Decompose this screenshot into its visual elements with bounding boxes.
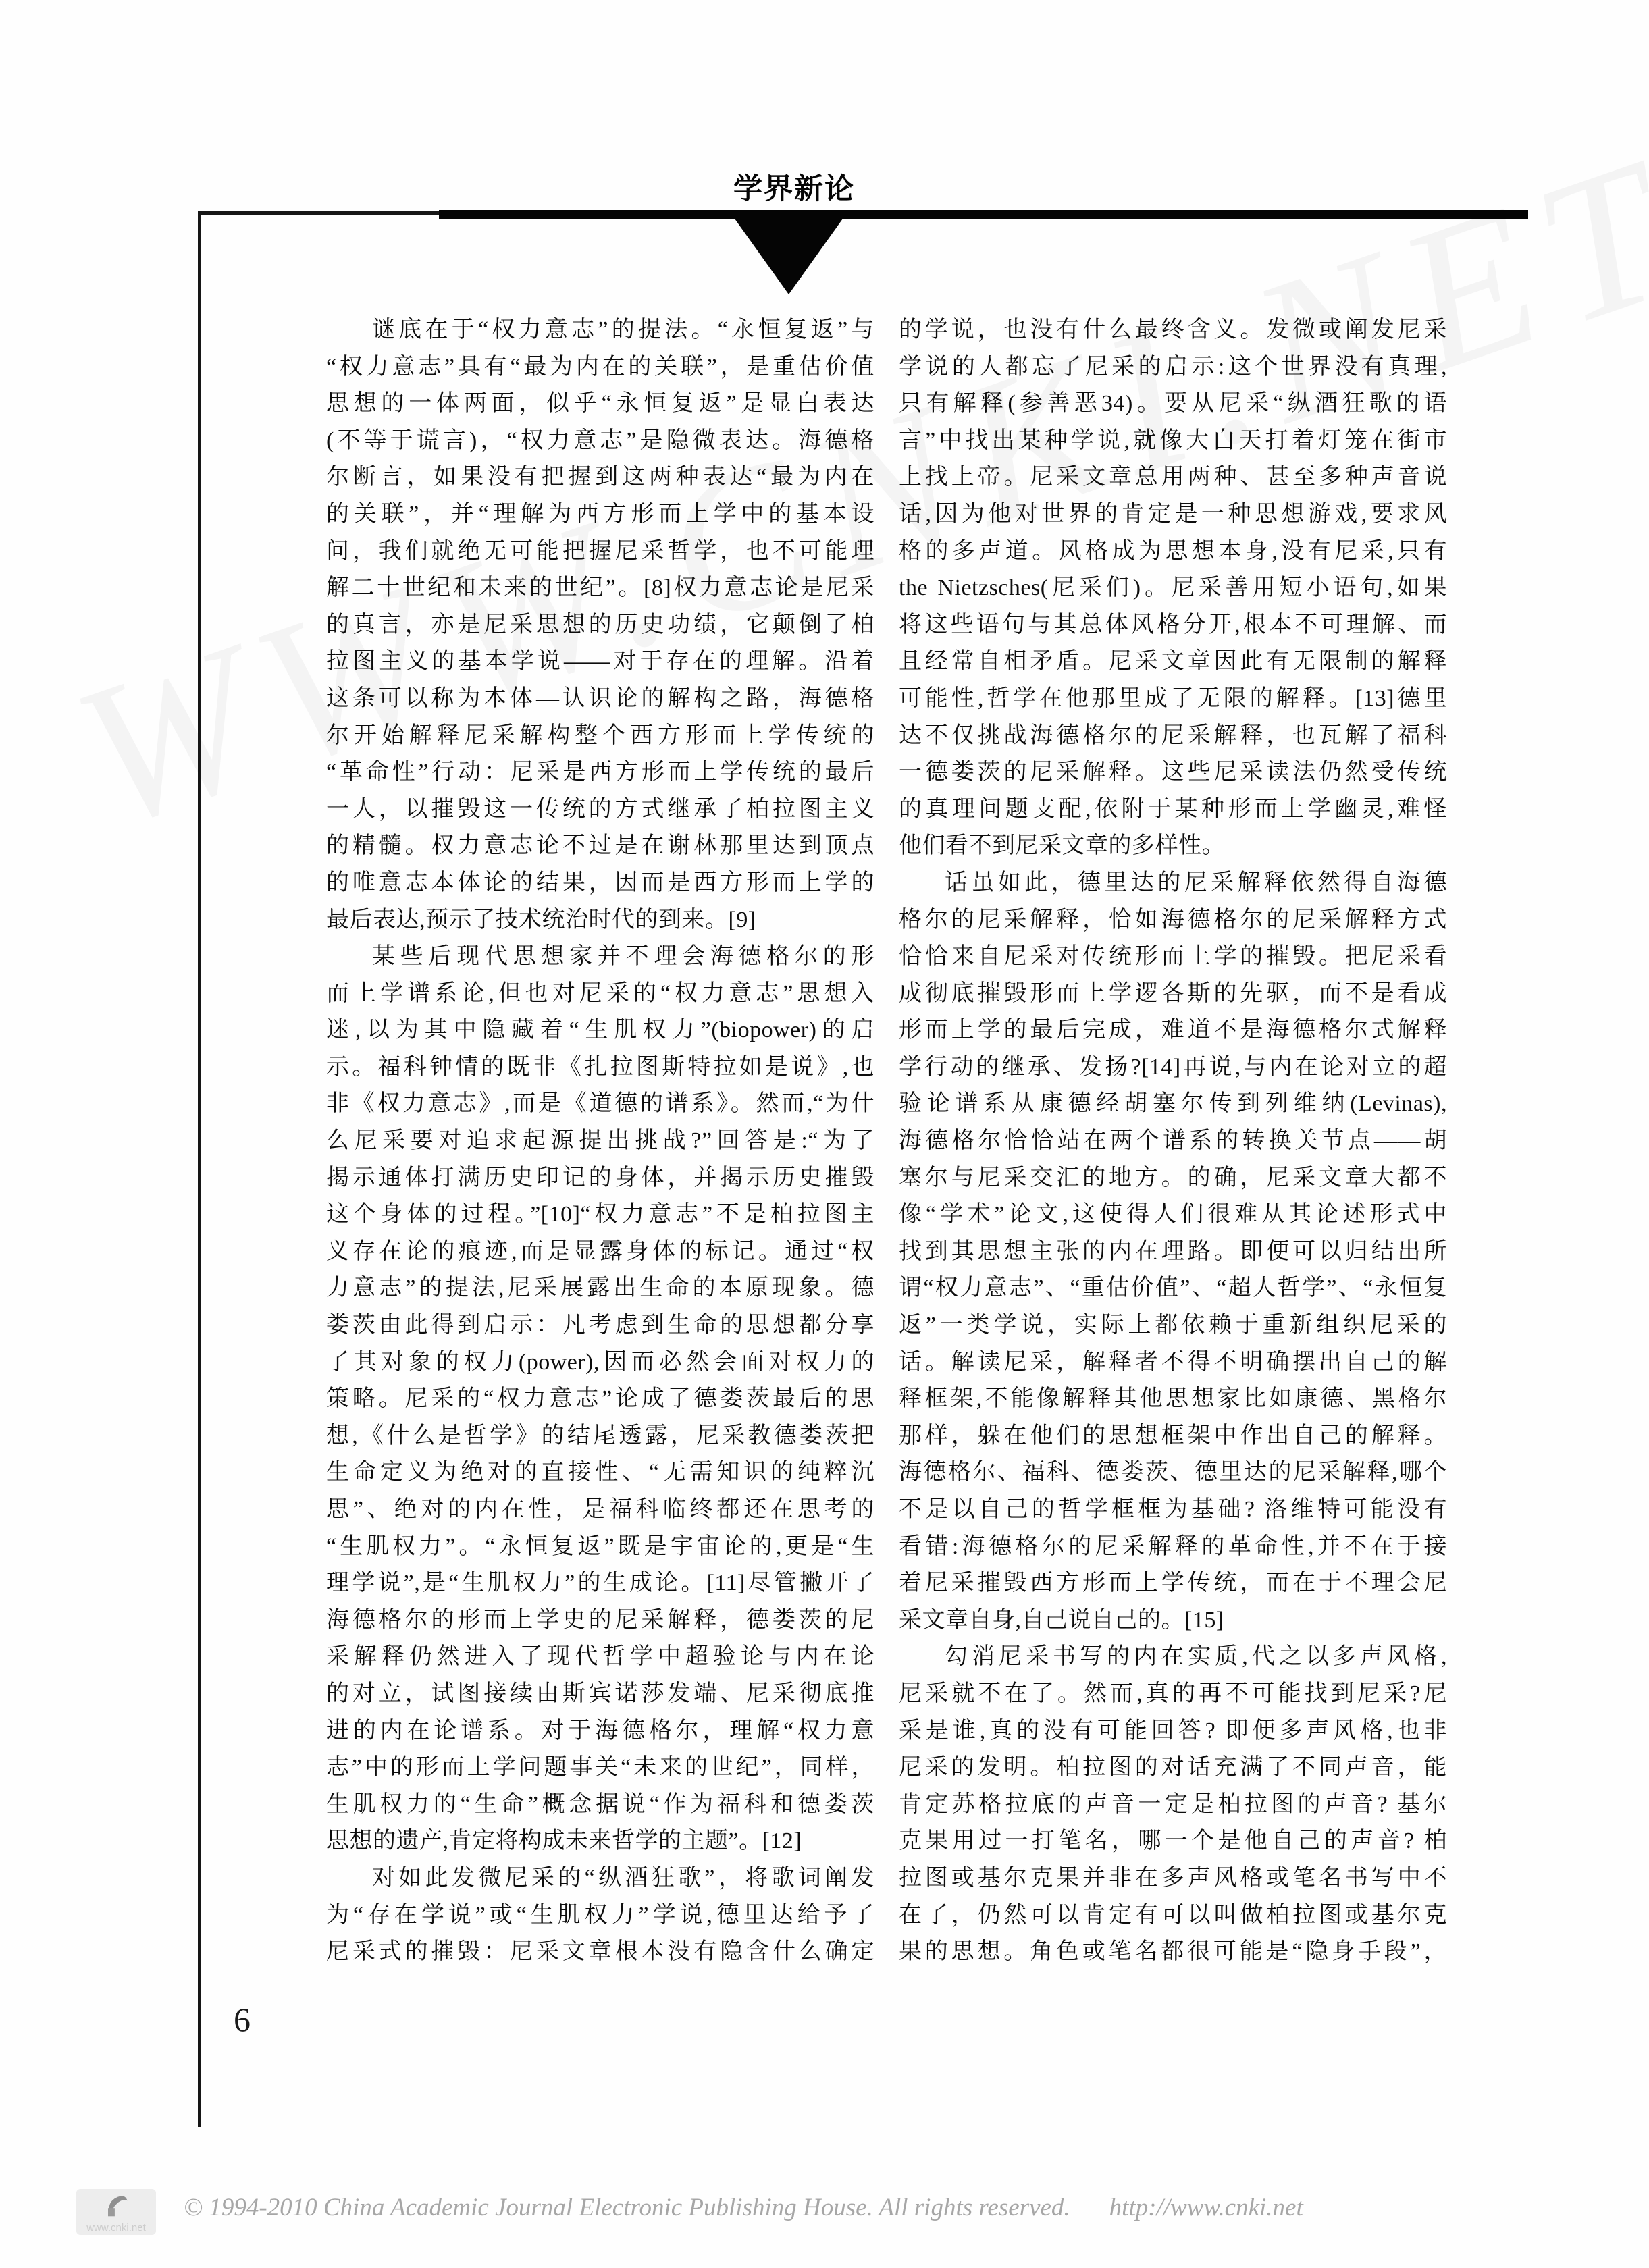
text-line: 海德格尔的形而上学史的尼采解释，德娄茨的尼 (326, 1602, 874, 1639)
text-line: 克果用过一打笔名，哪一个是他自己的声音? 柏 (899, 1823, 1447, 1860)
text-line: 而上学谱系论,但也对尼采的“权力意志”思想入 (326, 976, 874, 1013)
text-line: 生肌权力的“生命”概念据说“作为福科和德娄茨 (326, 1787, 874, 1824)
text-line: 对如此发微尼采的“纵酒狂歌”，将歌词阐发 (326, 1860, 874, 1897)
text-line: 不是以自己的哲学框框为基础? 洛维特可能没有 (899, 1492, 1447, 1529)
text-line: 形而上学的最后完成，难道不是海德格尔式解释 (899, 1012, 1447, 1049)
text-line: 恰恰来自尼采对传统形而上学的摧毁。把尼采看 (899, 939, 1447, 976)
text-line: 返”一类学说，实际上都依赖于重新组织尼采的 (899, 1307, 1447, 1344)
text-line: 言”中找出某种学说,就像大白天打着灯笼在街市 (899, 423, 1447, 460)
cnki-logo-caption: www.cnki.net (76, 2222, 156, 2234)
text-line: “生肌权力”。“永恒复返”既是宇宙论的,更是“生 (326, 1529, 874, 1566)
text-line: 拉图主义的基本学说——对于存在的理解。沿着 (326, 643, 874, 681)
text-line: (不等于谎言)，“权力意志”是隐微表达。海德格 (326, 423, 874, 460)
text-line: 生命定义为绝对的直接性、“无需知识的纯粹沉 (326, 1454, 874, 1492)
text-line: 勾消尼采书写的内在实质,代之以多声风格, (899, 1639, 1447, 1676)
text-line: 学行动的继承、发扬?[14]再说,与内在论对立的超 (899, 1049, 1447, 1086)
text-line: 塞尔与尼采交汇的地方。的确，尼采文章大都不 (899, 1160, 1447, 1197)
text-line: 话虽如此，德里达的尼采解释依然得自海德 (899, 865, 1447, 902)
text-line: 肯定苏格拉底的声音一定是柏拉图的声音? 基尔 (899, 1787, 1447, 1824)
text-line: 像“学术”论文,这使得人们很难从其论述形式中 (899, 1196, 1447, 1234)
text-line: “革命性”行动：尼采是西方形而上学传统的最后 (326, 754, 874, 791)
text-line: 释框架,不能像解释其他思想家比如康德、黑格尔 (899, 1381, 1447, 1418)
text-line: 解二十世纪和未来的世纪”。[8]权力意志论是尼采 (326, 570, 874, 607)
text-line: 某些后现代思想家并不理会海德格尔的形 (326, 939, 874, 976)
text-line: 尔开始解释尼采解构整个西方形而上学传统的 (326, 718, 874, 755)
text-line: 成彻底摧毁形而上学逻各斯的先驱，而不是看成 (899, 976, 1447, 1013)
text-line: 采解释仍然进入了现代哲学中超验论与内在论 (326, 1639, 874, 1676)
text-line: 且经常自相矛盾。尼采文章因此有无限制的解释 (899, 643, 1447, 681)
left-margin-rule (198, 211, 201, 2127)
text-line: 这条可以称为本体—认识论的解构之路，海德格 (326, 681, 874, 718)
text-line: 的唯意志本体论的结果，因而是西方形而上学的 (326, 865, 874, 902)
section-header: 学界新论 (733, 166, 855, 201)
text-line: 格尔的尼采解释，恰如海德格尔的尼采解释方式 (899, 902, 1447, 939)
text-line: 示。福科钟情的既非《扎拉图斯特拉如是说》,也 (326, 1049, 874, 1086)
text-line: 在了，仍然可以肯定有可以叫做柏拉图或基尔克 (899, 1897, 1447, 1934)
text-line: 尔断言，如果没有把握到这两种表达“最为内在 (326, 459, 874, 496)
text-line: 的真言，亦是尼采思想的历史功绩，它颠倒了柏 (326, 607, 874, 644)
text-line: 话。解读尼采，解释者不得不明确摆出自己的解 (899, 1344, 1447, 1381)
text-line: 力意志”的提法,尼采展露出生命的本原现象。德 (326, 1270, 874, 1307)
text-line: 上找上帝。尼采文章总用两种、甚至多种声音说 (899, 459, 1447, 496)
journal-scan-page: WWW.CNKI.NET 学界新论 谜底在于“权力意志”的提法。“永恒复返”与“… (0, 0, 1649, 2268)
text-line: 果的思想。角色或笔名都很可能是“隐身手段”， (899, 1934, 1447, 1971)
text-line: 着尼采摧毁西方形而上学传统，而在于不理会尼 (899, 1565, 1447, 1602)
text-line: 为“存在学说”或“生肌权力”学说,德里达给予了 (326, 1897, 874, 1934)
text-line: 谓“权力意志”、“重估价值”、“超人哲学”、“永恒复 (899, 1270, 1447, 1307)
text-line: 策略。尼采的“权力意志”论成了德娄茨最后的思 (326, 1381, 874, 1418)
text-line: 了其对象的权力(power),因而必然会面对权力的 (326, 1344, 874, 1381)
header-rule-thin (200, 211, 440, 215)
footer-url: http://www.cnki.net (1109, 2194, 1303, 2221)
cnki-swirl-icon (99, 2192, 132, 2221)
text-line: 海德格尔恰恰站在两个谱系的转换关节点——胡 (899, 1123, 1447, 1160)
text-line: 这个身体的过程。”[10]“权力意志”不是柏拉图主 (326, 1196, 874, 1234)
text-line: 找到其思想主张的内在理路。即便可以归结出所 (899, 1234, 1447, 1271)
triangle-marker-icon (735, 219, 843, 294)
text-line: 迷,以为其中隐藏着“生肌权力”(biopower)的启 (326, 1012, 874, 1049)
text-line: 只有解释(参善恶34)。要从尼采“纵酒狂歌的语 (899, 386, 1447, 423)
text-line: 采文章自身,自己说自己的。[15] (899, 1602, 1447, 1639)
text-line: 学说的人都忘了尼采的启示:这个世界没有真理, (899, 349, 1447, 386)
text-line: 想,《什么是哲学》的结尾透露，尼采教德娄茨把 (326, 1418, 874, 1455)
text-line: 思”、绝对的内在性，是福科临终都还在思考的 (326, 1492, 874, 1529)
text-line: “权力意志”具有“最为内在的关联”，是重估价值 (326, 349, 874, 386)
text-line: 娄茨由此得到启示：凡考虑到生命的思想都分享 (326, 1307, 874, 1344)
text-line: 谜底在于“权力意志”的提法。“永恒复返”与 (326, 312, 874, 349)
page-number: 6 (234, 2000, 251, 2039)
footer-copyright: © 1994-2010 China Academic Journal Elect… (184, 2194, 1070, 2221)
text-line: 达不仅挑战海德格尔的尼采解释，也瓦解了福科 (899, 718, 1447, 755)
text-line: 格的多声道。风格成为思想本身,没有尼采,只有 (899, 533, 1447, 571)
text-line: 海德格尔、福科、德娄茨、德里达的尼采解释,哪个 (899, 1454, 1447, 1492)
text-line: 理学说”,是“生肌权力”的生成论。[11]尽管撇开了 (326, 1565, 874, 1602)
text-line: 可能性,哲学在他那里成了无限的解释。[13]德里 (899, 681, 1447, 718)
text-line: 的精髓。权力意志论不过是在谢林那里达到顶点 (326, 828, 874, 865)
col-right: 的学说，也没有什么最终含义。发微或阐发尼采学说的人都忘了尼采的启示:这个世界没有… (899, 312, 1447, 1971)
text-line: 的关联”，并“理解为西方形而上学中的基本设 (326, 496, 874, 533)
text-line: 思想的一体两面，似乎“永恒复返”是显白表达 (326, 386, 874, 423)
text-line: 他们看不到尼采文章的多样性。 (899, 828, 1447, 865)
col-left: 谜底在于“权力意志”的提法。“永恒复返”与“权力意志”具有“最为内在的关联”，是… (326, 312, 874, 1971)
text-line: 采是谁,真的没有可能回答? 即便多声风格,也非 (899, 1713, 1447, 1750)
text-line: the Nietzsches(尼采们)。尼采善用短小语句,如果 (899, 570, 1447, 607)
text-line: 志”中的形而上学问题事关“未来的世纪”，同样， (326, 1749, 874, 1787)
text-line: 问，我们就绝无可能把握尼采哲学，也不可能理 (326, 533, 874, 571)
text-line: 的对立，试图接续由斯宾诺莎发端、尼采彻底推 (326, 1676, 874, 1713)
text-line: 非《权力意志》,而是《道德的谱系》。然而,“为什 (326, 1086, 874, 1123)
text-line: 进的内在论谱系。对于海德格尔，理解“权力意 (326, 1713, 874, 1750)
text-line: 一人，以摧毁这一传统的方式继承了柏拉图主义 (326, 791, 874, 828)
text-line: 话,因为他对世界的肯定是一种思想游戏,要求风 (899, 496, 1447, 533)
text-line: 义存在论的痕迹,而是显露身体的标记。通过“权 (326, 1234, 874, 1271)
text-line: 拉图或基尔克果并非在多声风格或笔名书写中不 (899, 1860, 1447, 1897)
text-line: 尼采式的摧毁：尼采文章根本没有隐含什么确定 (326, 1934, 874, 1971)
text-line: 的真理问题支配,依附于某种形而上学幽灵,难怪 (899, 791, 1447, 828)
text-line: 那样，躲在他们的思想框架中作出自己的解释。 (899, 1418, 1447, 1455)
text-line: 尼采的发明。柏拉图的对话充满了不同声音，能 (899, 1749, 1447, 1787)
text-line: 一德娄茨的尼采解释。这些尼采读法仍然受传统 (899, 754, 1447, 791)
text-line: 将这些语句与其总体风格分开,根本不可理解、而 (899, 607, 1447, 644)
text-line: 么尼采要对追求起源提出挑战?”回答是:“为了 (326, 1123, 874, 1160)
text-line: 思想的遗产,肯定将构成未来哲学的主题”。[12] (326, 1823, 874, 1860)
text-line: 最后表达,预示了技术统治时代的到来。[9] (326, 902, 874, 939)
text-line: 尼采就不在了。然而,真的再不可能找到尼采?尼 (899, 1676, 1447, 1713)
header-rule-thick (439, 210, 1528, 219)
text-line: 揭示通体打满历史印记的身体，并揭示历史摧毁 (326, 1160, 874, 1197)
footer: © 1994-2010 China Academic Journal Elect… (184, 2193, 1602, 2222)
text-line: 的学说，也没有什么最终含义。发微或阐发尼采 (899, 312, 1447, 349)
cnki-logo-icon: www.cnki.net (76, 2189, 156, 2235)
text-line: 验论谱系从康德经胡塞尔传到列维纳(Levinas), (899, 1086, 1447, 1123)
text-line: 看错:海德格尔的尼采解释的革命性,并不在于接 (899, 1529, 1447, 1566)
